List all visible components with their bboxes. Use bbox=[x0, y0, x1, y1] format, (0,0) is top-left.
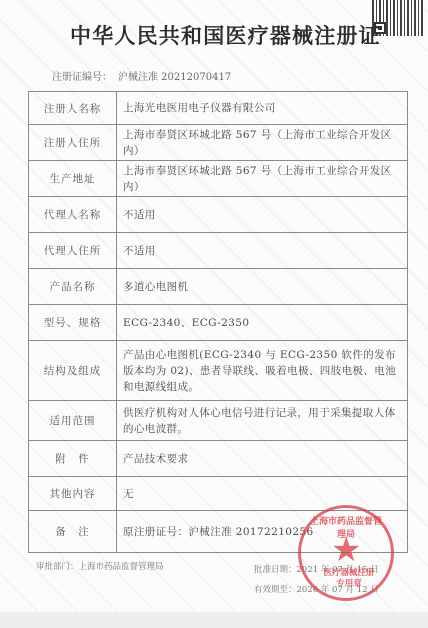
row-label: 附 件 bbox=[29, 441, 117, 477]
table-row: 附 件 产品技术要求 bbox=[29, 441, 408, 477]
row-value: 无 bbox=[117, 477, 408, 511]
table-row: 生产地址 上海市奉贤区环城北路 567 号（上海市工业综合开发区内） bbox=[29, 161, 408, 197]
row-label: 代理人名称 bbox=[29, 197, 117, 233]
seal-center-text: 医疗器械注册专用章 bbox=[323, 568, 375, 590]
bottom-margin bbox=[0, 612, 428, 628]
row-value: 产品由心电图机(ECG-2340 与 ECG-2350 软件的发布版本均为 02… bbox=[117, 341, 408, 401]
row-label: 适用范围 bbox=[29, 401, 117, 441]
certificate-table: 注册人名称 上海光电医用电子仪器有限公司 注册人住所 上海市奉贤区环城北路 56… bbox=[28, 91, 408, 553]
row-value: 多道心电图机 bbox=[117, 269, 408, 305]
row-label: 其他内容 bbox=[29, 477, 117, 511]
row-label: 注册人名称 bbox=[29, 92, 117, 125]
registration-number: 注册证编号：沪械注准 20212070417 bbox=[52, 68, 237, 83]
table-row: 产品名称 多道心电图机 bbox=[29, 269, 408, 305]
row-label: 产品名称 bbox=[29, 269, 117, 305]
table-row: 结构及组成 产品由心电图机(ECG-2340 与 ECG-2350 软件的发布版… bbox=[29, 341, 408, 401]
row-label: 结构及组成 bbox=[29, 341, 117, 401]
registration-number-value: 沪械注准 20212070417 bbox=[118, 72, 231, 83]
table-row: 适用范围 供医疗机构对人体心电信号进行记录，用于采集提取人体的心电波群。 bbox=[29, 401, 408, 441]
row-value: 上海市奉贤区环城北路 567 号（上海市工业综合开发区内） bbox=[117, 125, 408, 161]
row-value: 不适用 bbox=[117, 233, 408, 269]
official-seal: 上海市药品监督管理局 ★ 医疗器械注册专用章 bbox=[298, 505, 394, 601]
row-label: 注册人住所 bbox=[29, 125, 117, 161]
row-value: 上海市奉贤区环城北路 567 号（上海市工业综合开发区内） bbox=[117, 161, 408, 197]
table-row: 注册人名称 上海光电医用电子仪器有限公司 bbox=[29, 92, 408, 125]
document-title: 中华人民共和国医疗器械注册证 bbox=[70, 20, 370, 50]
star-icon: ★ bbox=[331, 530, 361, 570]
row-label: 代理人住所 bbox=[29, 233, 117, 269]
row-value: 不适用 bbox=[117, 197, 408, 233]
row-label: 型号、规格 bbox=[29, 305, 117, 341]
row-value: 上海光电医用电子仪器有限公司 bbox=[117, 92, 408, 125]
row-label: 生产地址 bbox=[29, 161, 117, 197]
table-row: 型号、规格 ECG-2340、ECG-2350 bbox=[29, 305, 408, 341]
row-value: 供医疗机构对人体心电信号进行记录，用于采集提取人体的心电波群。 bbox=[117, 401, 408, 441]
registration-number-label: 注册证编号： bbox=[52, 72, 112, 83]
table-row: 注册人住所 上海市奉贤区环城北路 567 号（上海市工业综合开发区内） bbox=[29, 125, 408, 161]
approval-department: 审批部门：上海市药品监督管理局 bbox=[36, 560, 164, 572]
row-value: 产品技术要求 bbox=[117, 441, 408, 477]
table-row: 代理人住所 不适用 bbox=[29, 233, 408, 269]
row-value: ECG-2340、ECG-2350 bbox=[117, 305, 408, 341]
table-row: 代理人名称 不适用 bbox=[29, 197, 408, 233]
row-label: 备 注 bbox=[29, 511, 117, 553]
